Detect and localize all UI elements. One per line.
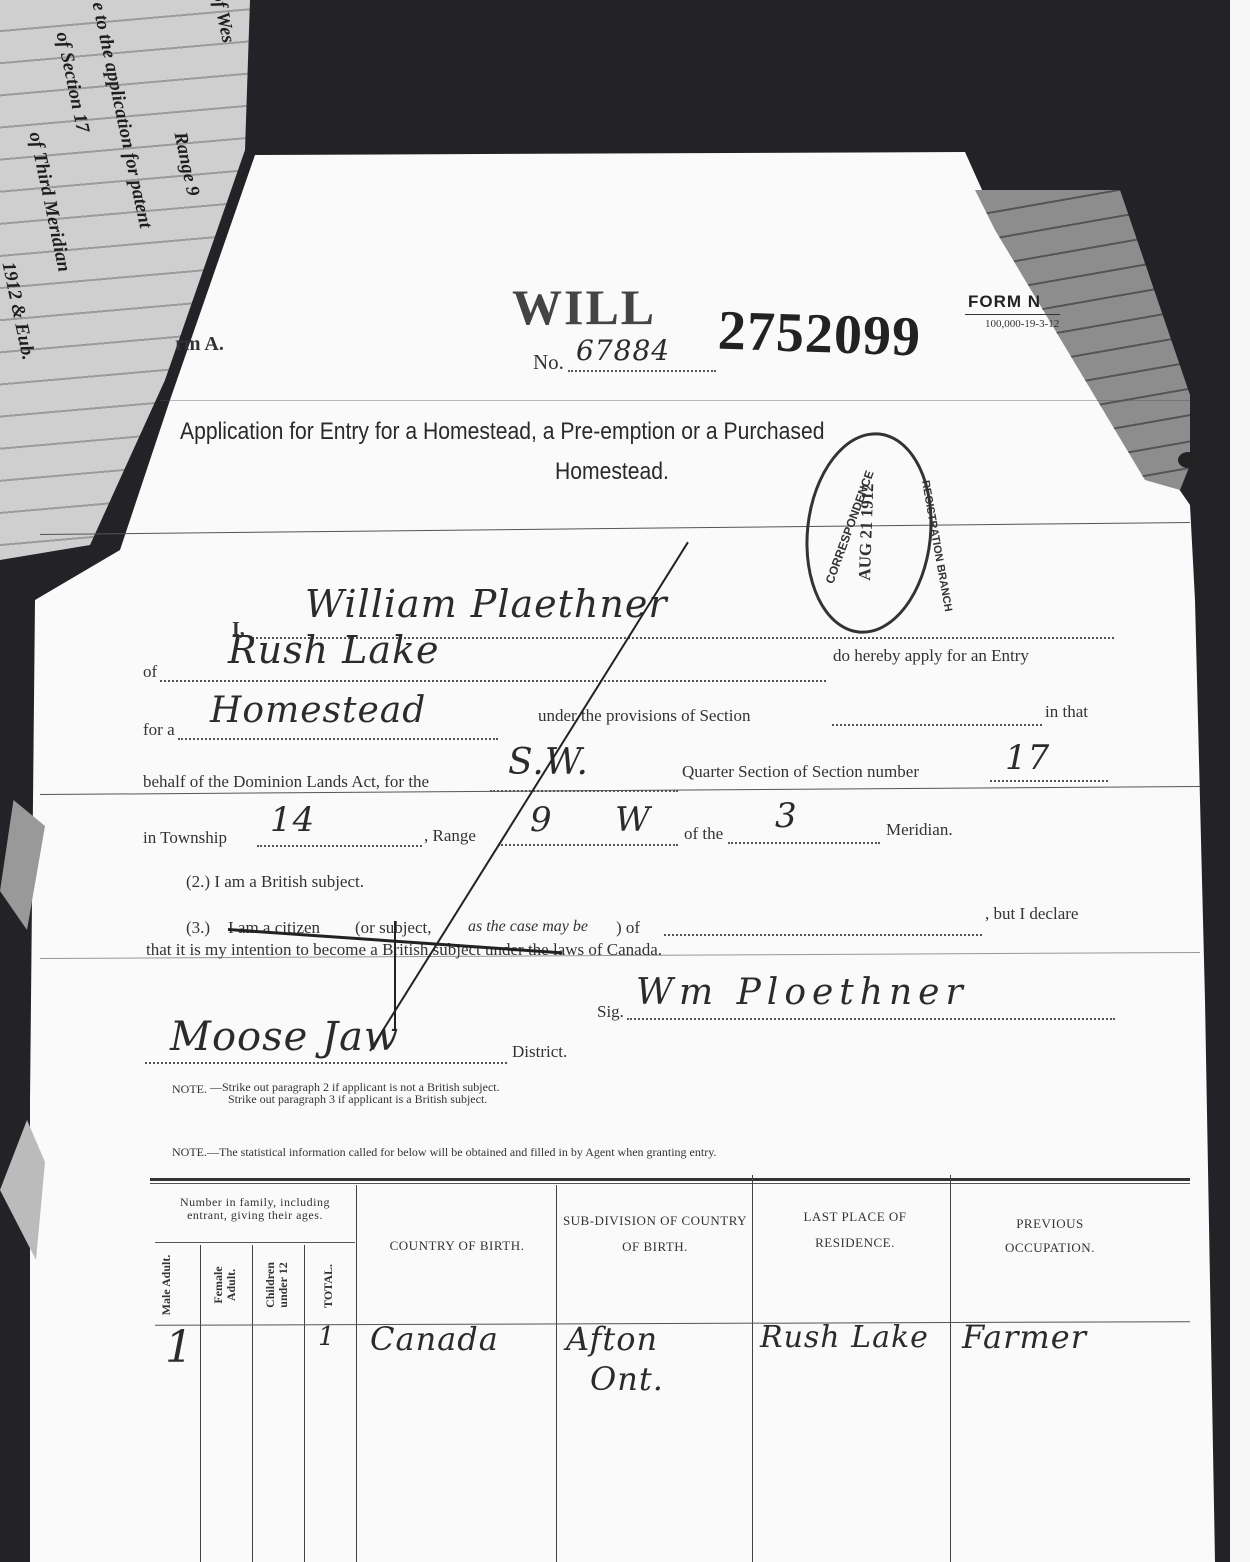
paragraph-3-prefix: (3.) [186,918,210,938]
signature-label: Sig. [597,1002,624,1022]
applicant-name[interactable]: William Plaethner [305,582,668,626]
table-col-divider [252,1245,253,1562]
underlying-line: Range 9 [168,130,203,198]
township-label: in Township [143,828,227,848]
paragraph-3-suffix: , but I declare [985,904,1078,924]
district-label: District. [512,1042,567,1062]
col-previous-occupation: PREVIOUS OCCUPATION. [955,1212,1145,1260]
number-label: No. [533,350,564,375]
cell-total[interactable]: 1 [318,1322,336,1352]
section-number-line [990,780,1108,782]
paragraph-3-italic: as the case may be [468,918,588,936]
table-col-divider [304,1245,305,1562]
meridian-value[interactable]: 3 [775,796,798,836]
cell-country-of-birth[interactable]: Canada [370,1320,499,1358]
in-that-text: in that [1045,702,1088,722]
col-female-adult: Female Adult. [212,1250,238,1320]
residence-value[interactable]: Rush Lake [228,628,440,672]
cell-subdivision-line1[interactable]: Afton [566,1320,658,1358]
entry-type-field-line [178,738,498,740]
citizenship-field-line [664,934,982,936]
table-col-divider [950,1175,951,1562]
stamp-date: AUG 21 1912 [855,483,878,581]
section-provision-line [832,724,1042,726]
form-label-fragment: rm A. [175,333,224,356]
signature-line [627,1018,1115,1020]
underlying-line: of Wes [206,0,238,45]
residence-field-line [160,680,826,682]
behalf-text: behalf of the Dominion Lands Act, for th… [143,772,429,792]
table-col-divider [556,1185,557,1562]
applicant-signature[interactable]: Wm Ploethner [636,972,969,1013]
will-stamp: WILL [512,278,656,336]
col-male-adult: Male Adult. [160,1250,173,1320]
section-number-value[interactable]: 17 [1005,738,1050,778]
meridian-field-line [728,842,880,844]
underlying-line: of Third Meridian [23,130,74,274]
township-field-line [257,845,422,847]
col-children-under-12: Children under 12 [264,1250,290,1320]
form-number-label: FORM N [968,292,1041,312]
table-col-divider [752,1175,753,1562]
district-value[interactable]: Moose Jaw [170,1014,399,1060]
apply-text: do hereby apply for an Entry [833,646,1029,666]
col-subdivision: SUB-DIVISION OF COUNTRY OF BIRTH. [562,1208,748,1260]
punch-hole [1178,452,1198,468]
statistical-note: NOTE.—The statistical information called… [172,1145,716,1160]
for-a-label: for a [143,720,175,740]
col-total: TOTAL. [322,1256,335,1316]
of-the-label: of the [684,824,723,844]
of-label: of [143,662,157,682]
scan-margin [1230,0,1250,1562]
table-top-rule [150,1178,1190,1181]
paragraph-3-of: ) of [616,918,640,938]
form-rule [965,314,1060,315]
pen-loop-stroke [394,921,396,1031]
cell-occupation[interactable]: Farmer [962,1318,1087,1356]
range-field-line [498,844,678,846]
underlying-line: of Section 17 [50,30,93,135]
table-header-rule [155,1242,355,1243]
note-line-2: Strike out paragraph 3 if applicant is a… [228,1092,487,1107]
district-field-line [145,1062,507,1064]
range-direction-value[interactable]: W [615,800,651,840]
paragraph-2: (2.) I am a British subject. [186,872,364,892]
quarter-section-text: Quarter Section of Section number [682,762,919,782]
cell-last-residence[interactable]: Rush Lake [760,1320,929,1355]
table-col-divider [200,1245,201,1562]
handwritten-number: 67884 [576,334,670,367]
note-label: NOTE. [172,1082,207,1097]
form-print-code: 100,000-19-3-12 [985,318,1059,330]
number-line [568,370,716,372]
provisions-text: under the provisions of Section [538,706,750,726]
family-header: Number in family, including entrant, giv… [160,1196,350,1222]
form-title-line2: Homestead. [555,458,669,486]
underlying-line: e to the application for patent [86,0,155,230]
range-label: , Range [424,826,476,846]
col-last-residence: LAST PLACE OF RESIDENCE. [762,1204,948,1256]
quarter-field-line [490,790,678,792]
underlying-line: 1912 & Eub. [0,260,39,362]
table-top-rule [150,1183,1190,1184]
col-country-of-birth: COUNTRY OF BIRTH. [360,1238,554,1254]
township-value[interactable]: 14 [270,800,315,840]
meridian-label: Meridian. [886,820,953,840]
stamped-number: 2752099 [717,298,922,369]
cell-male-adult[interactable]: 1 [165,1322,194,1373]
form-title: Application for Entry for a Homestead, a… [180,418,824,446]
cell-subdivision-line2[interactable]: Ont. [590,1360,664,1398]
range-value[interactable]: 9 [530,800,553,840]
ruled-line [160,400,1190,401]
table-col-divider [356,1185,357,1562]
entry-type-value[interactable]: Homestead [210,690,426,731]
